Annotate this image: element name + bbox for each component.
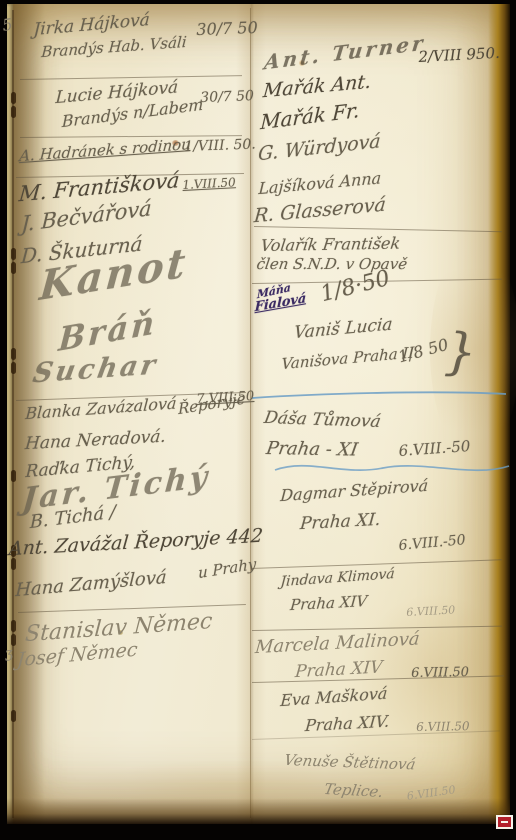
signature-date: 6.VIII.50 <box>406 603 456 619</box>
stitch-knot <box>11 362 16 374</box>
signature-date: 1/VIII. 50. <box>184 137 256 155</box>
signature-name: Dáša Tůmová <box>262 408 382 432</box>
signature-place: Praha - XI <box>265 438 360 461</box>
stitch-knot <box>11 106 16 118</box>
stitch-knot <box>11 470 16 482</box>
signature-date: 6.VIII.50 <box>411 665 469 681</box>
stitch-knot <box>11 262 16 274</box>
signature-date: 1.VIII.50 <box>182 175 236 192</box>
stitch-knot <box>11 620 16 632</box>
brace-mark: } <box>443 322 478 382</box>
stitch-knot <box>11 92 16 104</box>
blue-pen-line <box>250 386 508 404</box>
center-fold-line <box>250 8 251 818</box>
signature-date: 30/7 50 <box>200 88 254 106</box>
corner-marker-icon <box>496 815 513 829</box>
signature-prefix: ʒ <box>4 645 14 662</box>
signature-date: 30/7 50 <box>196 18 258 39</box>
signature-date: 6.VIII.50 <box>416 719 470 734</box>
binding-stitch-line <box>12 10 14 818</box>
marker-dash <box>501 821 508 823</box>
stitch-knot <box>11 248 16 260</box>
stitch-knot <box>11 348 16 360</box>
signature-place: Teplice. <box>323 780 385 801</box>
signature-name: Volařík František <box>260 234 402 255</box>
stitch-knot <box>11 710 16 722</box>
scanned-guestbook-photo: 5 Jirka Hájková Brandýs Hab. Vsáli 30/7 … <box>0 0 516 840</box>
